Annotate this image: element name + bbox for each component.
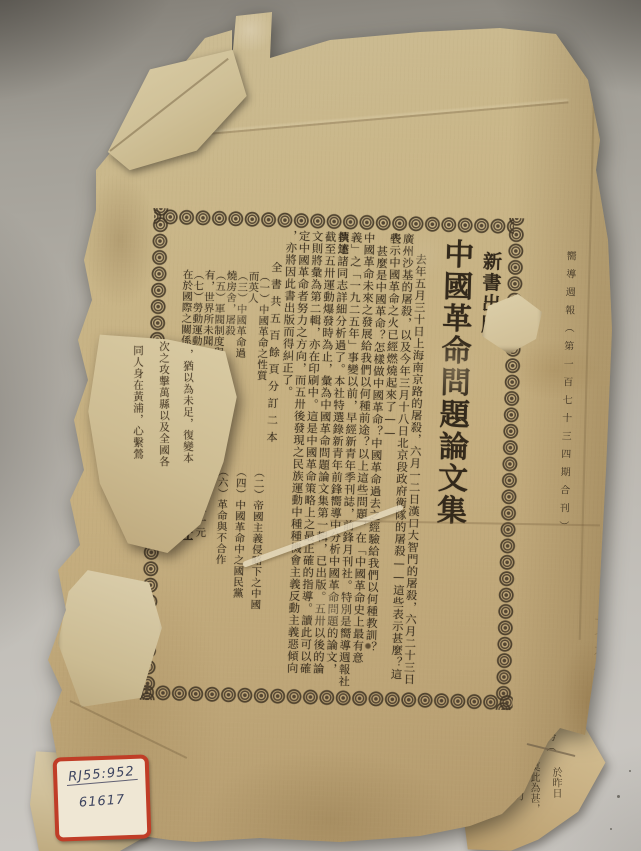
dust-speck [610,828,612,830]
flap-fragment: 次之攻擊萬縣以及全國各 [158,341,170,546]
folded-flap: ，猶以為未足，復變本 次之攻擊萬縣以及全國各 同人身在黃浦，心繫鶯 [80,325,245,565]
journal-caption: 嚮導週報（第一百七十三四期合刊） [553,250,577,580]
dust-speck [617,795,620,798]
library-sticker: RJ55:952 61617 [53,754,152,841]
dust-speck [629,770,631,772]
torn-corner-piece [100,40,256,180]
photographed-document: 勞（ 於昨日 ，莫此為甚， ，據理力 危矣 嚮導週報（第一百七十三四期合刊） 一… [0,0,641,851]
page-number: 一七九八 [590,613,609,693]
call-number-line1: RJ55:952 [57,765,146,784]
flap-fragment: 同人身在黃浦，心繫鶯 [132,345,144,535]
call-number-line2: 61617 [58,791,147,812]
flap-fragment: ，猶以為未足，復變本 [182,349,194,534]
torn-corner-shape [100,40,256,180]
